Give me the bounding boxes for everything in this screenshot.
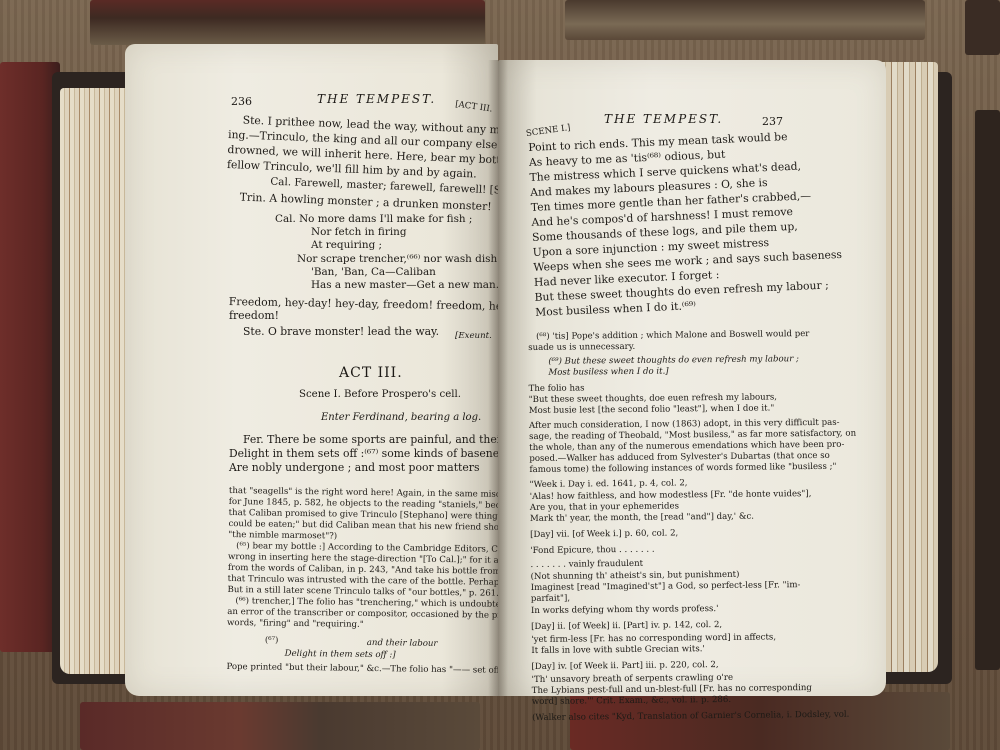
footnote-line: [Day] ii. [of Week] ii. [Part] iv. p. 14… [531,620,722,633]
footnote-line: Most busie lest [the second folio "least… [529,403,775,416]
right-page: THE TEMPEST. 237 SCENE I.] Point to rich… [498,60,886,696]
footnote-line: word] shore.'" Crit. Exam., &c., vol. ii… [532,695,731,708]
verse-line: Are nobly undergone ; and most poor matt… [229,460,480,475]
footnote-line: Most busiless when I do it.] [528,367,668,379]
footnote-line: In works defying whom thy words profess.… [531,604,719,617]
footnote-line: . . . . . . . vainly fraudulent [530,559,643,571]
stacked-book-top-right [965,0,1000,55]
song-line: Has a new master—Get a new man. [311,278,499,293]
footnote-line: [Day] vii. [of Week i.] p. 60, col. 2, [530,528,678,540]
scene-heading: Scene I. Before Prospero's cell. [299,387,461,402]
stage-direction-exeunt: [Exeunt. [455,331,492,342]
footnote-line: and their labour [367,638,438,650]
stacked-book-bottom-left [80,702,480,750]
footnote-line: [Day] iv. [of Week ii. Part] iii. p. 220… [531,660,718,673]
footnote-line: Delight in them sets off :] [285,649,396,661]
book-gutter-shadow [488,60,508,696]
footnote-marker: (⁶⁷) [265,636,279,647]
footnote-line: words, "firing" and "requiring." [227,618,364,631]
stacked-book-top-middle [565,0,925,40]
page-number: 236 [231,94,252,109]
text-line: Ste. O brave monster! lead the way. [229,324,439,339]
running-title: THE TEMPEST. [317,92,436,107]
dark-book-right [975,110,1000,670]
footnote-line: Imaginest [read "Imagined'st"] a God, so… [531,580,801,594]
red-leather-book-left [0,62,60,652]
left-page-edges [60,88,130,674]
footnote-line: famous tome) the following instances of … [529,462,836,476]
page-number: 237 [762,114,783,129]
footnote-line: The folio has [529,383,585,394]
footnote-line: (⁶⁸) 'tis] Pope's addition ; which Malon… [528,329,809,343]
running-title: THE TEMPEST. [604,112,723,127]
footnote-line: Mark th' year, the month, the [read "and… [530,512,754,525]
footnote-line: suade us is unnecessary. [528,342,635,354]
text-line: freedom! [229,308,279,323]
stacked-book-top-left [90,0,485,45]
section-marker: SCENE I.] [525,123,571,140]
stage-direction: Enter Ferdinand, bearing a log. [321,410,481,425]
footnote-line: parfait"], [531,594,570,605]
footnote-line: "Week i. Day i. ed. 1641, p. 4, col. 2, [530,478,688,491]
footnote-line: 'Fond Epicure, thou . . . . . . . [530,545,654,557]
act-heading: ACT III. [339,366,403,381]
left-page: 236 THE TEMPEST. [ACT III. Ste. I prithe… [125,44,498,696]
footnote-line: Pope printed "but their labour," &c.—The… [226,662,506,677]
footnote-line: It falls in love with subtle Grecian wit… [531,644,705,657]
